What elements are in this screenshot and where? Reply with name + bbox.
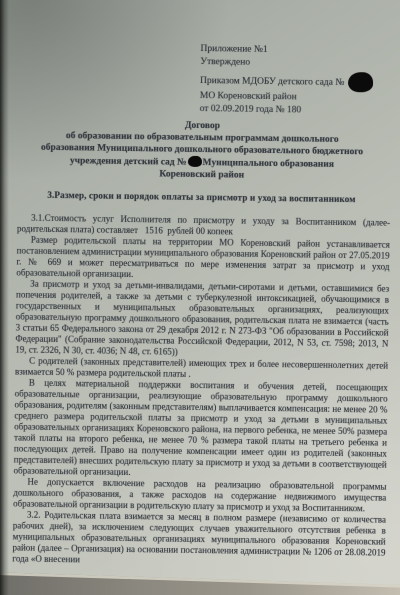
- document-content: Приложение №1 Утверждено Приказом МДОБУ …: [0, 0, 400, 569]
- paragraph: 3.2. Родительская плата взимается за мес…: [12, 509, 386, 569]
- redaction-mark: [187, 155, 201, 166]
- header-line: от 02.09.2019 года № 180: [200, 103, 400, 119]
- header-line-text: Приказом МДОБУ детского сада №: [200, 76, 344, 88]
- paragraph: Не допускается включение расходов на реа…: [13, 476, 386, 514]
- document-header: Приложение №1 Утверждено Приказом МДОБУ …: [200, 43, 400, 119]
- paragraph: Размер родительской платы на территории …: [16, 234, 390, 283]
- section-heading: 3.Размер, сроки и порядок оплаты за прис…: [1, 189, 400, 205]
- redaction-mark: [348, 72, 373, 92]
- document-body: 3.1.Стоимость услуг Исполнителя по присм…: [12, 212, 390, 569]
- document-title-block: Договор об образовании по образовательны…: [2, 117, 400, 184]
- title-line-text: учреждения детский сад №: [70, 156, 187, 168]
- paragraph: В целях материальной поддержки воспитани…: [14, 377, 388, 481]
- paragraph: За присмотр и уход за детьми-инвалидами,…: [15, 278, 389, 360]
- document-photo: Приложение №1 Утверждено Приказом МДОБУ …: [0, 0, 400, 595]
- title-line-text: Муниципального образования: [202, 158, 333, 170]
- header-line: Приказом МДОБУ детского сада №: [200, 70, 400, 93]
